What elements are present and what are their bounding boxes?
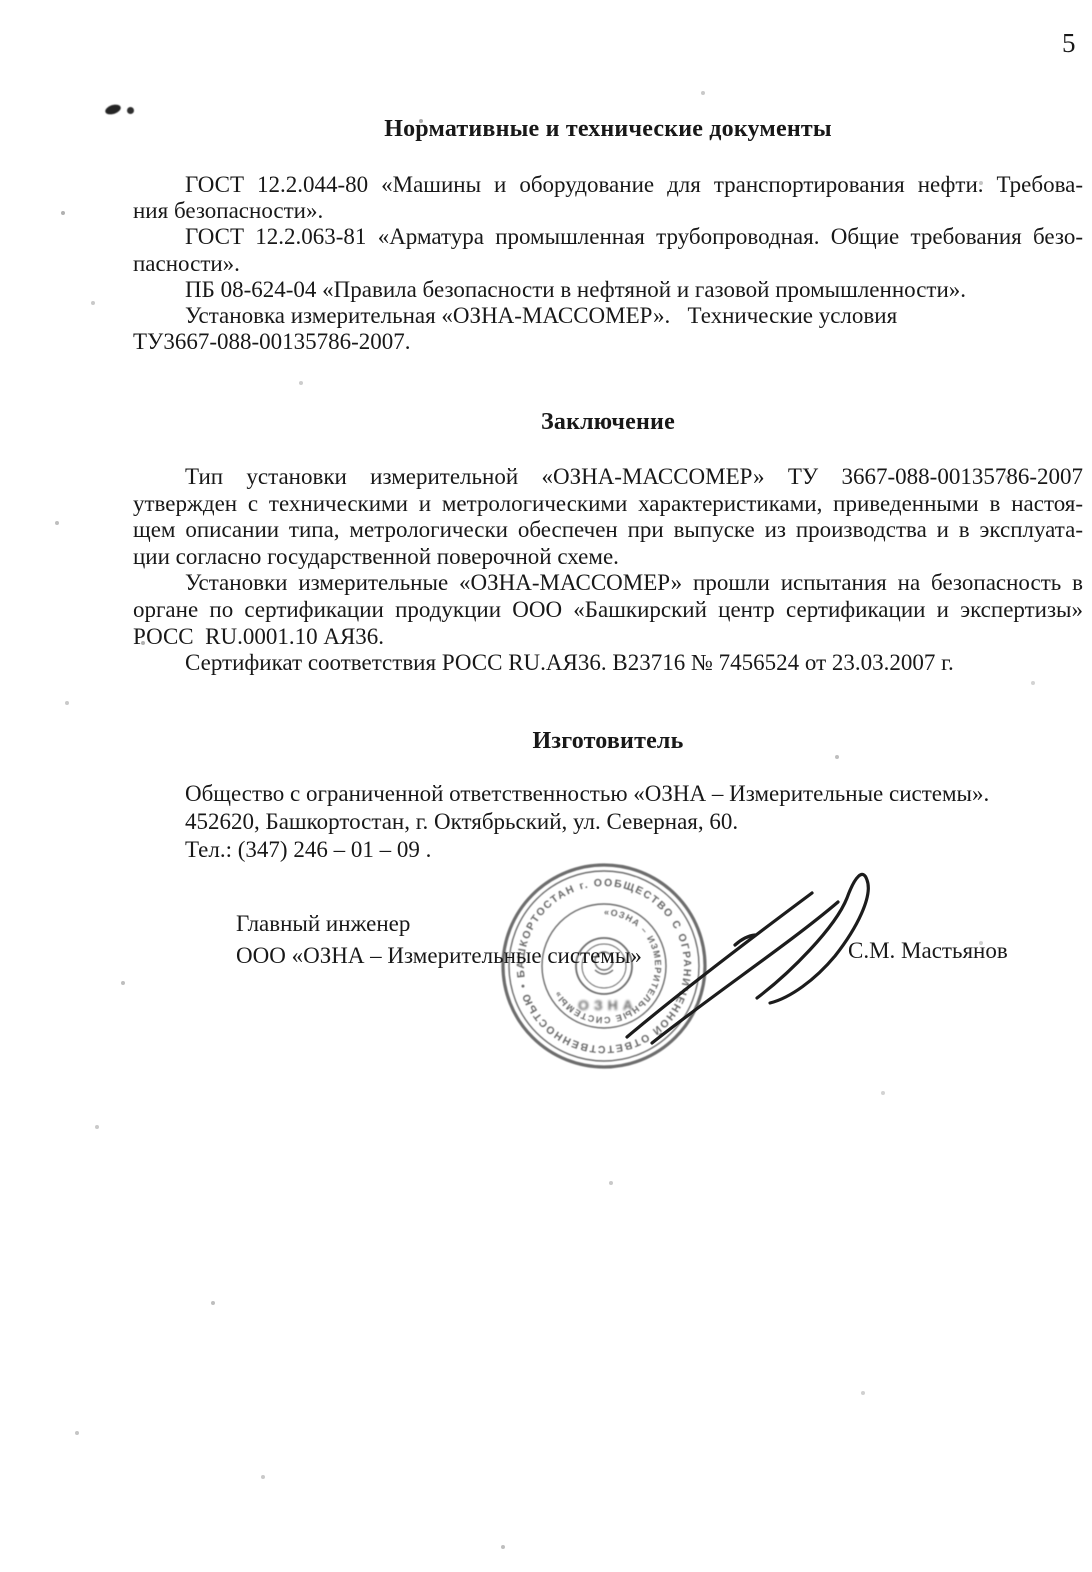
text-line: щем описании типа, метрологически обеспе… <box>133 517 1083 544</box>
manufacturer-details: Общество с ограниченной ответственностью… <box>185 780 1085 864</box>
text-line: Тип установки измерительной «ОЗНА-МАССОМ… <box>133 464 1083 491</box>
section-heading-conclusion: Заключение <box>133 409 1083 436</box>
scan-artifact-dot <box>127 107 134 114</box>
text-line: ГОСТ 12.2.063-81 «Арматура промышленная … <box>133 224 1083 250</box>
text-line: РОСС RU.0001.10 АЯ36. <box>133 624 1083 651</box>
signer-name: С.М. Мастьянов <box>848 938 1008 964</box>
text-line: пасности». <box>133 251 1083 277</box>
manufacturer-name-line: Общество с ограниченной ответственностью… <box>185 780 1085 808</box>
text-line: ПБ 08-624-04 «Правила безопасности в неф… <box>133 277 1083 303</box>
text-line: ТУ3667-088-00135786-2007. <box>133 329 1083 355</box>
conclusion-paragraphs: Тип установки измерительной «ОЗНА-МАССОМ… <box>133 464 1083 677</box>
text-line: ции согласно государственной поверочной … <box>133 544 1083 571</box>
section-heading-normative: Нормативные и технические документы <box>133 116 1083 143</box>
page-number: 5 <box>1062 28 1076 59</box>
scan-artifact-blob <box>104 103 122 117</box>
signer-company-line: ООО «ОЗНА – Измерительные системы» <box>236 940 756 972</box>
signoff-block: Главный инженер ООО «ОЗНА – Измерительны… <box>236 908 756 971</box>
text-line: ГОСТ 12.2.044-80 «Машины и оборудование … <box>133 172 1083 198</box>
document-page: 5 Нормативные и технические документы ГО… <box>0 0 1092 1572</box>
normative-paragraphs: ГОСТ 12.2.044-80 «Машины и оборудование … <box>133 172 1083 355</box>
text-line: утвержден с техническими и метрологическ… <box>133 491 1083 518</box>
text-line: ния безопасности». <box>133 198 1083 224</box>
text-line: Установка измерительная «ОЗНА-МАССОМЕР».… <box>133 303 1083 329</box>
text-line: Установки измерительные «ОЗНА-МАССОМЕР» … <box>133 570 1083 597</box>
text-line: Сертификат соответствия РОСС RU.АЯ36. В2… <box>133 650 1083 677</box>
scan-noise-specks <box>0 0 2 2</box>
signer-role-line: Главный инженер <box>236 908 756 940</box>
manufacturer-address-line: 452620, Башкортостан, г. Октябрьский, ул… <box>185 808 1085 836</box>
text-line: органе по сертификации продукции ООО «Ба… <box>133 597 1083 624</box>
section-heading-manufacturer: Изготовитель <box>133 728 1083 755</box>
